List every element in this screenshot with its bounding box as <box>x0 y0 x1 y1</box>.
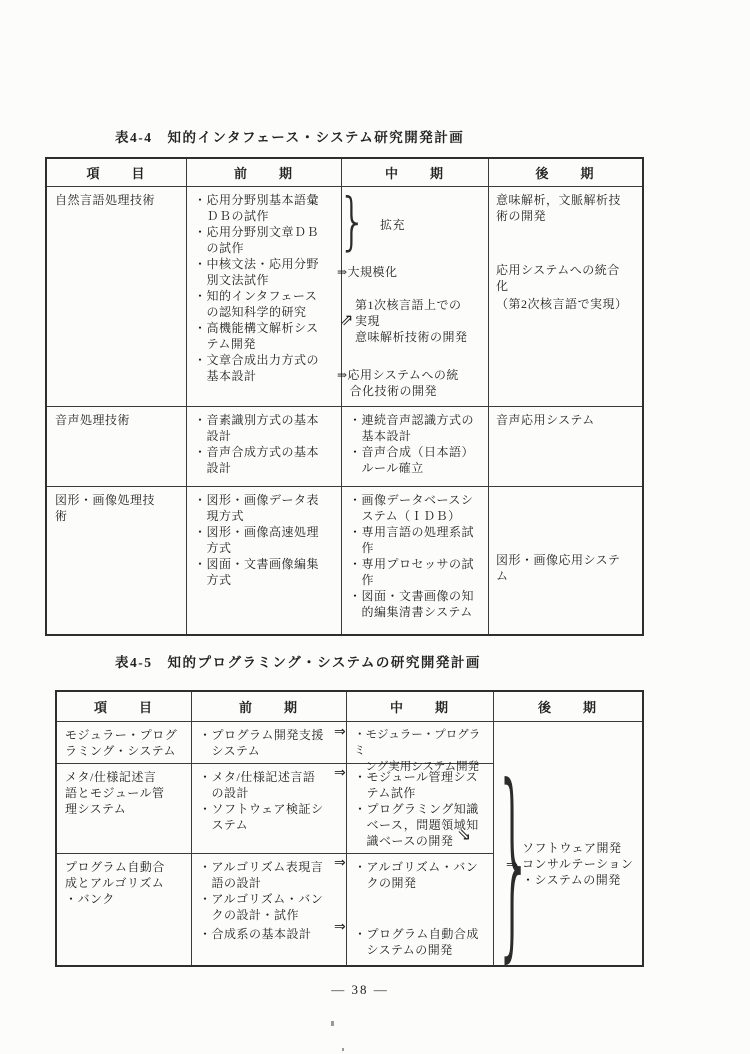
table-cell-late-span: } ⇒ ソフトウェア開発 コンサルテーション ・システムの開発 <box>494 722 642 965</box>
list-item: ・図面・文書画像の知 的編集清書システム <box>349 588 486 620</box>
table-cell-mid: ・画像データベースシ ステム（ＩＤＢ） ・専用言語の処理系試 作 ・専用プロセッ… <box>342 487 489 634</box>
list-item: ・専用言語の処理系試 作 <box>349 524 486 556</box>
list-item: ・図形・画像高速処理 方式 <box>194 524 339 556</box>
list-item: ・音声合成方式の基本 設計 <box>194 444 339 476</box>
list-item: ・アルゴリズム・バン クの開発 <box>354 859 491 891</box>
annotation-integrate: ⇒応用システムへの統 合化技術の開発 <box>337 367 459 399</box>
table-cell-mid: ・モジュラー・プログラミ ング実用システム開発 <box>347 722 494 764</box>
list-item: （第2次核言語で実現） <box>496 296 640 312</box>
table-row-item: メタ/仕様記述言 語とモジュール管 理システム <box>57 764 192 854</box>
list-item: ・画像データベースシ ステム（ＩＤＢ） <box>349 492 486 524</box>
brace-icon: } <box>338 190 367 252</box>
table-cell-late: 意味解析，文脈解析技 術の開発 応用システムへの統合 化 （第2次核言語で実現） <box>489 187 642 407</box>
table44-title: 表4-4 知的インタフェース・システム研究開発計画 <box>115 126 464 146</box>
table-cell-early: ・音素識別方式の基本 設計 ・音声合成方式の基本 設計 <box>187 407 342 487</box>
list-item: ・音声合成（日本語） ルール確立 <box>349 444 486 476</box>
table-cell-mid: } 拡充 ⇒大規模化 ⇗ 第1次核言語上での 実現 意味解析技術の開発 ⇒応用シ… <box>342 187 489 407</box>
table45-header-item: 項 目 <box>57 692 192 722</box>
table-cell-early: ・図形・画像データ表 現方式 ・図形・画像高速処理 方式 ・図面・文書画像編集 … <box>187 487 342 634</box>
list-item: ・図形・画像データ表 現方式 <box>194 492 339 524</box>
table-cell-early: ・アルゴリズム表現言 語の設計 ・アルゴリズム・バン クの設計・試作 ・合成系の… <box>192 854 347 965</box>
header-label: 項 目 <box>94 697 154 716</box>
table45-header-late: 後 期 <box>494 692 642 722</box>
double-arrow-icon: ⇒ <box>334 856 346 870</box>
double-arrow-icon: ⇒ <box>334 766 346 780</box>
page-number: — 38 — <box>280 982 440 998</box>
scan-speck <box>331 1021 334 1026</box>
list-item: ・中核文法・応用分野 別文法試作 <box>194 256 339 288</box>
table44-header-mid: 中 期 <box>342 159 489 187</box>
table-cell-late: 音声応用システム <box>489 407 642 487</box>
list-item: ・モジュール管理シス テム試作 <box>354 769 491 801</box>
curve-arrow-icon: ⇗ <box>340 313 353 327</box>
header-label: 項 目 <box>86 163 146 182</box>
table44-header-early: 前 期 <box>187 159 342 187</box>
list-item: ・専用プロセッサの試 作 <box>349 556 486 588</box>
table-cell-early: ・メタ/仕様記述言語 の設計 ・ソフトウェア検証シ ステム <box>192 764 347 854</box>
table-cell-mid: ・モジュール管理シス テム試作 ・プログラミング知識 ベース，問題領域知 識ベー… <box>347 764 494 854</box>
header-label: 後 期 <box>538 697 598 716</box>
table45-header-early: 前 期 <box>192 692 347 722</box>
double-arrow-icon: ⇒ <box>334 920 346 934</box>
header-label: 中 期 <box>390 697 450 716</box>
late-span-text: ソフトウェア開発 コンサルテーション ・システムの開発 <box>522 840 633 888</box>
list-item: ・ソフトウェア検証シ ステム <box>199 801 344 833</box>
list-item: ・応用分野別基本語彙 ＤＢの試作 <box>194 192 339 224</box>
table44-header-item: 項 目 <box>47 159 187 187</box>
list-item: ・メタ/仕様記述言語 の設計 <box>199 769 344 801</box>
list-item: ・音素識別方式の基本 設計 <box>194 412 339 444</box>
list-item: ・アルゴリズム表現言 語の設計 <box>199 859 344 891</box>
table44: 項 目 前 期 中 期 後 期 自然言語処理技術 ・応用分野別基本語彙 ＤＢの試… <box>45 157 644 636</box>
table44-header-late: 後 期 <box>489 159 642 187</box>
list-item: 図形・画像応用システ ム <box>496 552 640 584</box>
table-cell-early: ・応用分野別基本語彙 ＤＢの試作 ・応用分野別文章ＤＢ の試作 ・中核文法・応用… <box>187 187 342 407</box>
list-item: 応用システムへの統合 化 <box>496 262 640 294</box>
table-cell-mid: ・連続音声認識方式の 基本設計 ・音声合成（日本語） ルール確立 <box>342 407 489 487</box>
row-item-label: 図形・画像処理技 術 <box>55 492 182 524</box>
annotation-expand: 拡充 <box>380 217 405 233</box>
annotation-scale-up: ⇒大規模化 <box>337 264 398 280</box>
diagonal-arrow-icon: ⇘ <box>457 828 471 842</box>
table-cell-early: ・プログラム開発支援 システム <box>192 722 347 764</box>
list-item: ・プログラム自動合成 システムの開発 <box>354 926 491 958</box>
table-row-item: 図形・画像処理技 術 <box>47 487 187 634</box>
header-label: 後 期 <box>535 163 595 182</box>
row-item-label: 音声処理技術 <box>55 412 182 428</box>
scanned-document-page: 表4-4 知的インタフェース・システム研究開発計画 項 目 前 期 中 期 後 … <box>0 0 750 1054</box>
row-item-label: 自然言語処理技術 <box>55 192 182 208</box>
list-item: ・図面・文書画像編集 方式 <box>194 556 339 588</box>
scan-speck <box>342 1048 344 1051</box>
list-item: ・合成系の基本設計 <box>199 926 344 942</box>
table45-header-mid: 中 期 <box>347 692 494 722</box>
list-item: ・高機能構文解析シス テム開発 <box>194 320 339 352</box>
table-cell-mid: ・アルゴリズム・バン クの開発 ・プログラム自動合成 システムの開発 <box>347 854 494 965</box>
list-item: ・プログラム開発支援 システム <box>199 727 344 759</box>
table-row-item: 自然言語処理技術 <box>47 187 187 407</box>
list-item: 音声応用システム <box>496 412 640 428</box>
table45: 項 目 前 期 中 期 後 期 } ⇒ ソフトウェア開発 コンサルテーション ・… <box>55 690 644 967</box>
list-item: ・連続音声認識方式の 基本設計 <box>349 412 486 444</box>
double-arrow-icon: ⇒ <box>506 858 518 872</box>
row-item-label: モジュラー・プログ ラミング・システム <box>65 727 187 759</box>
table45-title: 表4-5 知的プログラミング・システムの研究開発計画 <box>115 651 481 671</box>
double-arrow-icon: ⇒ <box>334 725 346 739</box>
list-item: 意味解析，文脈解析技 術の開発 <box>496 192 640 224</box>
list-item: ・アルゴリズム・バン クの設計・試作 <box>199 891 344 923</box>
list-item: ・知的インタフェース の認知科学的研究 <box>194 288 339 320</box>
table-row-item: プログラム自動合 成とアルゴリズム ・バンク <box>57 854 192 965</box>
header-label: 前 期 <box>234 163 294 182</box>
table-row-item: モジュラー・プログ ラミング・システム <box>57 722 192 764</box>
table-cell-late: 図形・画像応用システ ム <box>489 487 642 634</box>
list-item: ・応用分野別文章ＤＢ の試作 <box>194 224 339 256</box>
table-row-item: 音声処理技術 <box>47 407 187 487</box>
list-item: ・文章合成出力方式の 基本設計 <box>194 352 339 384</box>
header-label: 前 期 <box>239 697 299 716</box>
annotation-kernel: 第1次核言語上での 実現 意味解析技術の開発 <box>355 297 468 345</box>
row-item-label: メタ/仕様記述言 語とモジュール管 理システム <box>65 769 187 817</box>
row-item-label: プログラム自動合 成とアルゴリズム ・バンク <box>65 859 187 907</box>
header-label: 中 期 <box>385 163 445 182</box>
